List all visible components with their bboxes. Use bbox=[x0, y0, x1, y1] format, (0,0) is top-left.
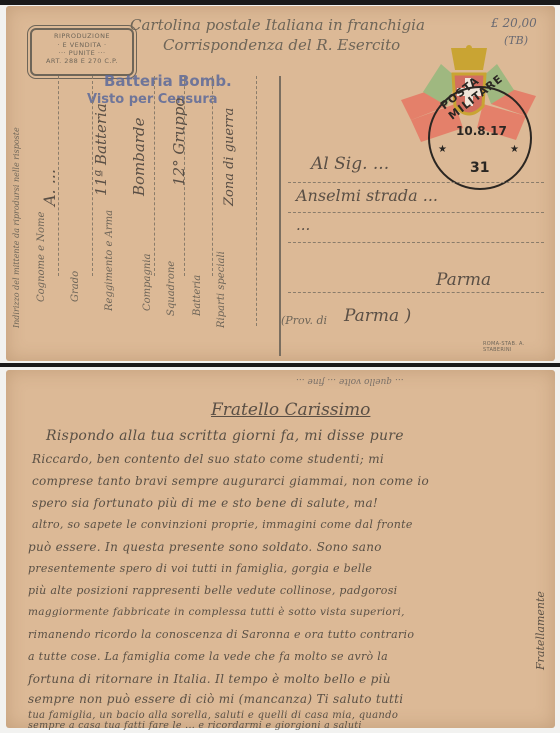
card-subtitle: Corrispondenza del R. Esercito bbox=[163, 36, 400, 54]
star-icon: ★ bbox=[510, 144, 519, 155]
reproduction-warning-cartouche: RIPRODUZIONE · E VENDITA · ··· PUNITE ··… bbox=[30, 28, 134, 76]
letter-line: può essere. In questa presente sono sold… bbox=[28, 540, 382, 554]
value-cognome-nome: A. ... bbox=[40, 169, 59, 206]
field-line bbox=[256, 76, 257, 326]
address-line-1: Al Sig. ... bbox=[311, 154, 389, 174]
address-line-2: Anselmi strada ... bbox=[296, 186, 438, 205]
letter-line: presentemente spero di voi tutti in fami… bbox=[28, 562, 372, 575]
letter-line: altro, so sapete le convinzioni proprie,… bbox=[32, 518, 413, 531]
letter-line: sempre a casa tua fatti fare le ... e ri… bbox=[28, 720, 362, 731]
pencil-price: £ 20,00 bbox=[491, 16, 537, 30]
postcard-front: RIPRODUZIONE · E VENDITA · ··· PUNITE ··… bbox=[6, 6, 555, 361]
field-line bbox=[154, 76, 155, 276]
address-city: Parma bbox=[436, 270, 491, 290]
value-grado: 11ª Batteria bbox=[92, 103, 110, 196]
letter-line: spero sia fortunato più di me e sto bene… bbox=[32, 496, 378, 510]
postmark: POSTA MILITARE 10.8.17 ★ ★ 31 bbox=[428, 86, 532, 190]
address-rule bbox=[288, 182, 544, 183]
value-reggimento: Bombarde bbox=[130, 118, 148, 196]
cartouche-line: ART. 288 E 270 C.P. bbox=[32, 57, 132, 66]
label-cognome-nome: Cognome e Nome bbox=[36, 212, 47, 302]
cartouche-line: RIPRODUZIONE bbox=[32, 31, 132, 41]
postcard-back: ... quello volte ... fine ... Fratello C… bbox=[6, 370, 555, 728]
letter-line: Riccardo, ben contento del suo stato com… bbox=[32, 452, 384, 466]
sender-instruction: Indirizzo del mittente da riprodursi nel… bbox=[12, 127, 21, 328]
postmark-date: 10.8.17 bbox=[456, 124, 507, 138]
letter-line: più alte posizioni rappresenti belle ved… bbox=[28, 584, 397, 597]
address-rule bbox=[288, 292, 544, 293]
letter-line: rimanendo ricordo la conoscenza di Saron… bbox=[28, 628, 414, 641]
label-squadrone: Squadrone bbox=[166, 261, 177, 316]
upside-down-note: ... quello volte ... fine ... bbox=[296, 376, 404, 386]
label-compagnia: Compagnia bbox=[142, 253, 153, 311]
card-title: Cartolina postale Italiana in franchigia bbox=[130, 16, 425, 34]
margin-note: Fratellamente bbox=[534, 591, 547, 670]
star-icon: ★ bbox=[438, 144, 447, 155]
province-value: Parma ) bbox=[344, 306, 411, 326]
cartouche-line: ··· PUNITE ··· bbox=[32, 49, 132, 57]
letter-line: maggiormente fabbricate in complessa tut… bbox=[28, 606, 405, 618]
printer-imprint: ROMA-STAB. A. STABERINI bbox=[483, 341, 555, 353]
letter-line: comprese tanto bravi sempre augurarci gi… bbox=[32, 474, 429, 488]
address-rule bbox=[288, 242, 544, 243]
province-label: (Prov. di bbox=[281, 314, 327, 327]
card-separator bbox=[0, 363, 560, 367]
cartouche-line: · E VENDITA · bbox=[32, 41, 132, 49]
postmark-number: 31 bbox=[470, 160, 489, 176]
address-rule bbox=[288, 212, 544, 213]
label-reggimento: Reggimento e Arma bbox=[104, 210, 115, 311]
value-compagnia: 12° Gruppo bbox=[170, 98, 188, 186]
value-batteria: Zona di guerra bbox=[222, 108, 237, 206]
label-grado: Grado bbox=[70, 271, 81, 302]
top-border bbox=[0, 0, 560, 5]
salutation: Fratello Carissimo bbox=[211, 400, 370, 420]
address-line-3: ... bbox=[296, 216, 310, 234]
letter-line: Rispondo alla tua scritta giorni fa, mi … bbox=[46, 428, 404, 444]
letter-line: fortuna di ritornare in Italia. Il tempo… bbox=[28, 672, 391, 686]
letter-line: a tutte cose. La famiglia come la vede c… bbox=[28, 650, 388, 663]
field-line bbox=[212, 76, 213, 276]
label-batteria: Batteria bbox=[192, 275, 203, 316]
label-riparti-speciali: Riparti speciali bbox=[216, 251, 227, 328]
letter-line: sempre non può essere di ciò mi (mancanz… bbox=[28, 692, 403, 706]
